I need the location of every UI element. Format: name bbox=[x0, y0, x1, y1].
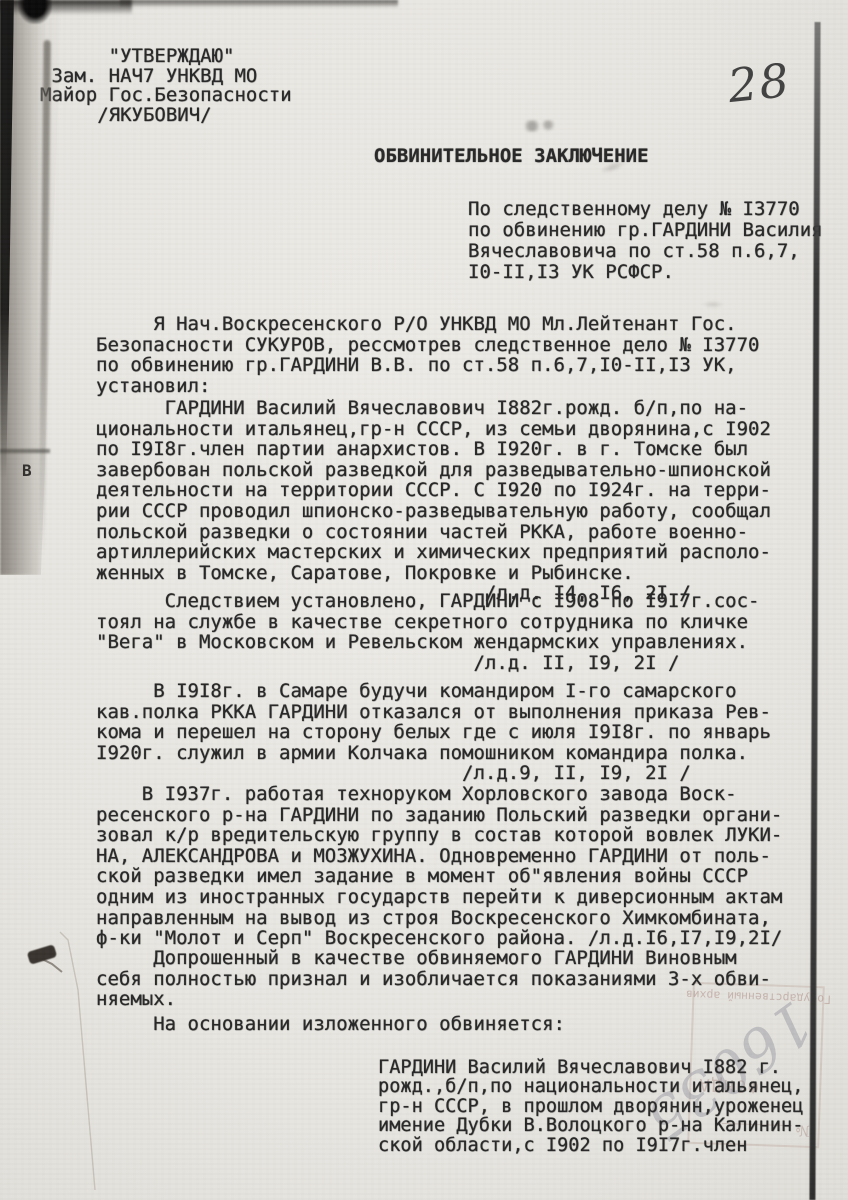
paragraph-civil-war: В I9I8г. в Самаре будучи командиром I-го… bbox=[96, 681, 771, 784]
paragraph-gendarme-service: Следствием установлено, ГАРДИНИ с I908 п… bbox=[96, 591, 759, 673]
ink-smudge bbox=[523, 120, 559, 132]
case-reference-block: По следственному делу № I3770по обвинени… bbox=[468, 199, 823, 283]
page-number-handwritten: 28 bbox=[725, 53, 793, 113]
document-scan-page: № ФОНДА Государственный архив 16035 "УТВ… bbox=[0, 0, 848, 1200]
document-title: ОБВИНИТЕЛЬНОЕ ЗАКЛЮЧЕНИЕ bbox=[374, 146, 649, 167]
fold-dark-dash bbox=[0, 449, 50, 453]
approval-block: "УТВЕРЖДАЮ" Зам. НАЧ7 УНКВД МОМайор Гос.… bbox=[40, 47, 292, 125]
paragraph-biography: ГАРДИНИ Василий Вячеславович I882г.рожд.… bbox=[96, 398, 771, 604]
paragraph-sabotage-1937: В I937г. работая техноруком Хорловского … bbox=[96, 784, 782, 949]
paragraph-preamble: Я Нач.Воскресенского Р/О УНКВД МО Мл.Лей… bbox=[96, 314, 759, 396]
top-edge-shadow bbox=[120, 0, 398, 8]
top-ink-blob bbox=[18, 0, 52, 24]
conclusion-line: На основании изложенного обвиняется: bbox=[96, 1014, 565, 1035]
paragraph-confession: Допрошенный в качестве обвиняемого ГАРДИ… bbox=[96, 948, 771, 1010]
bleedthrough-letter: В bbox=[22, 461, 32, 480]
accused-details-block: ГАРДИНИ Василий Вячеславович I882 г.рожд… bbox=[378, 1058, 803, 1155]
ink-smudge bbox=[700, 300, 726, 309]
